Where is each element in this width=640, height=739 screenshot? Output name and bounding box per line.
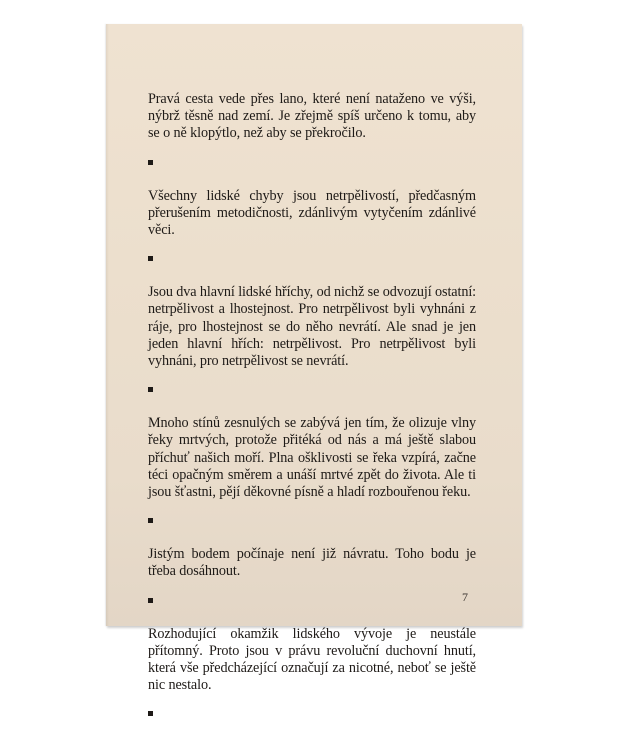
square-bullet-icon	[148, 160, 153, 165]
aphorism-paragraph-1: Pravá cesta vede přes lano, které není n…	[148, 91, 476, 143]
square-bullet-icon	[148, 256, 153, 261]
aphorism-paragraph-3: Jsou dva hlavní lidské hříchy, od nichž …	[148, 284, 476, 370]
page-text: Pravá cesta vede přes lano, které není n…	[148, 91, 476, 640]
aphorism-paragraph-6: Rozhodující okamžik lidského vývoje je n…	[148, 626, 476, 640]
aphorism-paragraph-4: Mnoho stínů zesnulých se zabývá jen tím,…	[148, 415, 476, 501]
aphorism-paragraph-5: Jistým bodem počínaje není již návratu. …	[148, 546, 476, 580]
book-page: Pravá cesta vede přes lano, které není n…	[106, 24, 522, 626]
aphorism-paragraph-2: Všechny lidské chyby jsou netrpělivostí,…	[148, 188, 476, 240]
square-bullet-icon	[148, 387, 153, 392]
square-bullet-icon	[148, 598, 153, 603]
page-number: 7	[462, 590, 468, 605]
square-bullet-icon	[148, 518, 153, 523]
